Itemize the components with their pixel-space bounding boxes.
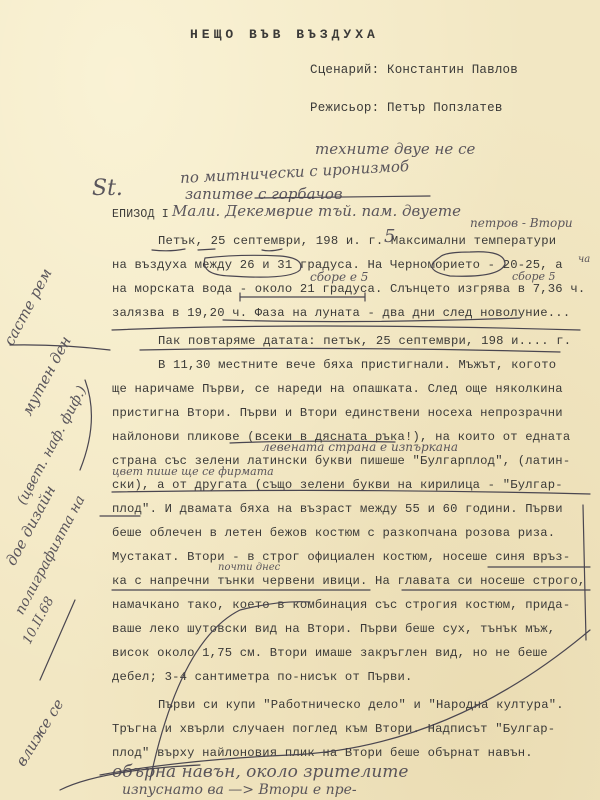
typed-line: Тръгна и хвърли случаен поглед към Втори… [112, 722, 555, 736]
screenplay-credit: Сценарий: Константин Павлов [310, 63, 518, 77]
handwritten-note: Мали. Декемврие тъй. пам. двуете [172, 202, 461, 220]
handwritten-note: запитве с горбачов [185, 185, 343, 203]
document-page: НЕЩО ВЪВ ВЪЗДУХА Сценарий: Константин Па… [0, 0, 600, 800]
episode-heading: ЕПИЗОД I [112, 208, 169, 221]
typed-line: беше облечен в летен бежов костюм с разк… [112, 526, 555, 540]
typed-line: на морската вода - около 21 градуса. Слъ… [112, 282, 585, 296]
typed-line: Петък, 25 септември, 198 и. г. Максималн… [158, 234, 556, 248]
typed-line: ваше леко шутовски вид на Втори. Първи б… [112, 622, 555, 636]
handwritten-note: почти днес [218, 562, 280, 573]
margin-note: састе рем [0, 265, 56, 348]
typed-line: Първи си купи "Работническо дело" и "Нар… [158, 698, 564, 712]
margin-note: влиже се [12, 696, 67, 770]
typed-line: дебел; 3-4 сантиметра по-нисък от Първи. [112, 670, 413, 684]
typed-line: плод" върху найлоновия плик на Втори беш… [112, 746, 533, 760]
handwritten-note: ча [578, 254, 590, 265]
handwritten-note: петров - Втори [470, 216, 573, 230]
document-title: НЕЩО ВЪВ ВЪЗДУХА [190, 27, 379, 42]
typed-line: В 11,30 местните вече бяха пристигнали. … [158, 358, 556, 372]
typed-line: залязва в 19,20 ч. Фаза на луната - два … [112, 306, 570, 320]
typed-line: ка с напречни тънки червени ивици. На гл… [112, 574, 585, 588]
typed-line: намачкано тако, което в комбинация със с… [112, 598, 570, 612]
typed-line: Пак повтаряме датата: петък, 25 септемвр… [158, 334, 571, 348]
handwritten-note: по митнически с иронизмоб [180, 157, 410, 187]
handwritten-note: цвет пише ще се фирмата [112, 465, 274, 478]
handwritten-note: St. [92, 176, 123, 201]
director-credit: Режисьор: Петър Попзлатев [310, 101, 503, 115]
typed-line: пристигна Втори. Първи и Втори единствен… [112, 406, 563, 420]
typed-line: висок около 1,75 см. Втори имаше закръгл… [112, 646, 548, 660]
typed-line: ски), а от другата (също зелени букви на… [112, 478, 563, 492]
typed-line: плод". И двамата бяха на възраст между 5… [112, 502, 563, 516]
handwritten-note: 5 [384, 226, 395, 247]
handwritten-note: обърна навън, около зрителите [112, 762, 408, 782]
typed-line: ще наричаме Първи, се нареди на опашката… [112, 382, 563, 396]
handwritten-note: изпуснато ва —> Втори е пре- [122, 782, 357, 798]
typed-line: Мустакат. Втори - в строг официален кост… [112, 550, 570, 564]
handwritten-note: техните двуе не се [315, 140, 475, 158]
handwritten-note: левената страна е изпъркана [262, 440, 458, 454]
